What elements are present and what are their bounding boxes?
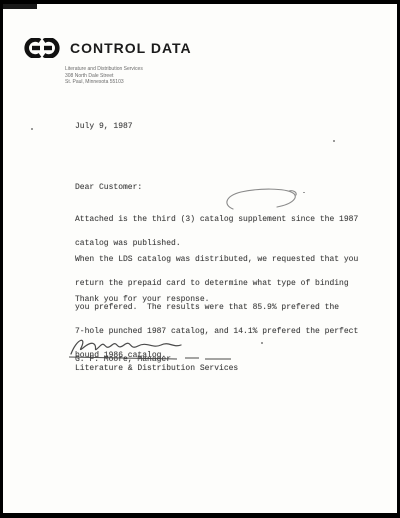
- letter-date: July 9, 1987: [75, 123, 133, 131]
- scan-speck: [261, 342, 263, 344]
- salutation: Dear Customer:: [75, 184, 142, 192]
- body-line: When the LDS catalog was distributed, we…: [75, 256, 358, 264]
- brand-wordmark: CONTROL DATA: [70, 40, 192, 56]
- letter-paper: CONTROL DATA Literature and Distribution…: [3, 4, 397, 513]
- closing-line: Thank you for your response.: [75, 296, 209, 304]
- signer-department: Literature & Distribution Services: [75, 365, 238, 373]
- address-line: St. Paul, Minnesota 55103: [65, 79, 143, 86]
- body-line: 7-hole punched 1987 catalog, and 14.1% p…: [75, 328, 358, 336]
- scan-speck: [303, 192, 305, 193]
- signer-name: G. F. Moore, Manager: [75, 356, 171, 364]
- address-line: Literature and Distribution Services: [65, 66, 143, 73]
- body-line: return the prepaid card to determine wha…: [75, 280, 358, 288]
- letterhead: CONTROL DATA Literature and Distribution…: [19, 38, 192, 58]
- scanned-letter-page: { "letterhead": { "brand": "CONTROL DATA…: [0, 0, 400, 518]
- body-line: you prefered. The results were that 85.9…: [75, 304, 358, 312]
- scan-speck: [333, 140, 335, 142]
- scan-speck: [31, 128, 33, 130]
- control-data-logo-icon: [19, 38, 65, 58]
- body-line: Attached is the third (3) catalog supple…: [75, 216, 358, 224]
- letterhead-address: Literature and Distribution Services 308…: [65, 66, 143, 86]
